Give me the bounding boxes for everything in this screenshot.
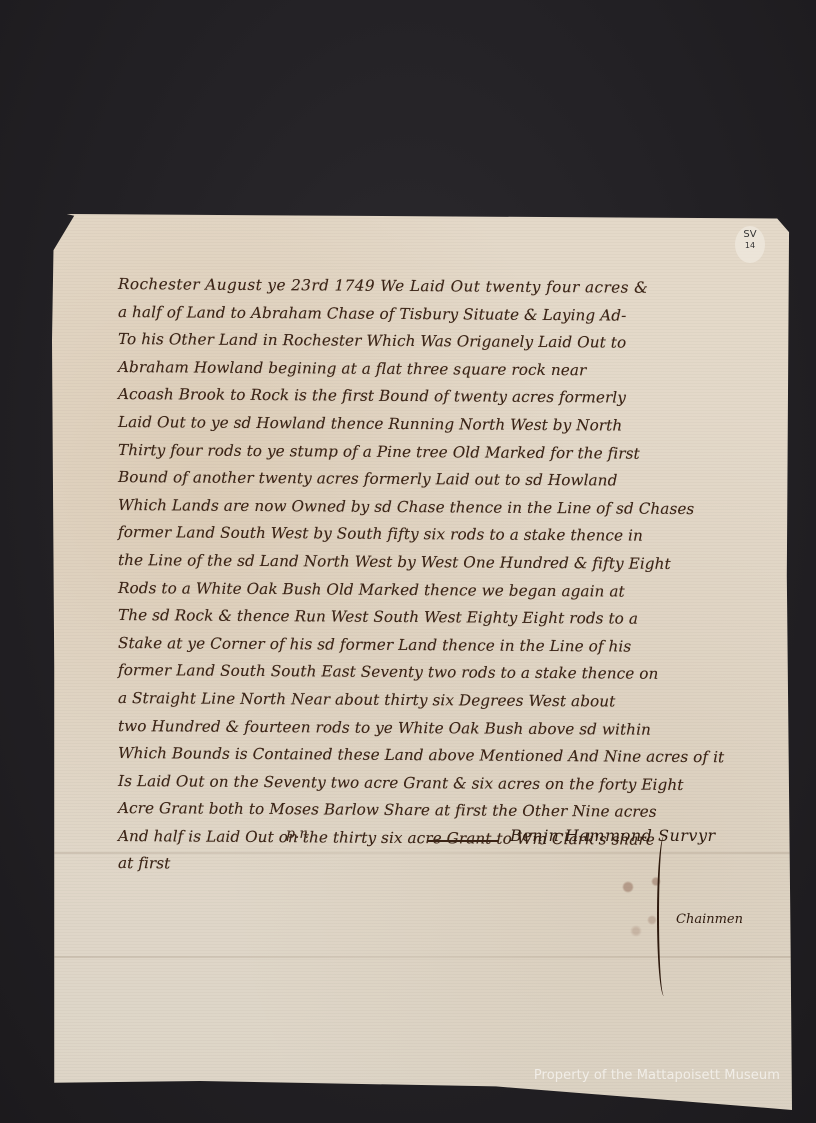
manuscript-line: the Line of the sd Land North West by We…: [118, 547, 798, 579]
manuscript-line: Bound of another twenty acres formerly L…: [118, 464, 798, 496]
signature-dash: [428, 840, 498, 842]
marginal-mark: p.r.: [286, 826, 309, 842]
manuscript-line: Which Bounds is Contained these Land abo…: [118, 740, 798, 772]
ink-blots: [612, 854, 692, 964]
manuscript-line: Laid Out to ye sd Howland thence Running…: [118, 409, 798, 441]
signature-row: p.r. Benjn Hammond Survyr: [118, 826, 798, 856]
surveyor-signature: Benjn Hammond Survyr: [510, 826, 716, 845]
manuscript-line: a Straight Line North Near about thirty …: [118, 685, 798, 717]
museum-watermark: Property of the Mattapoisett Museum: [534, 1068, 780, 1083]
archive-stamp-code: SV: [735, 229, 765, 240]
manuscript-line: Rochester August ye 23rd 1749 We Laid Ou…: [118, 271, 798, 303]
manuscript-text: Rochester August ye 23rd 1749 We Laid Ou…: [118, 271, 798, 878]
chainmen-label: Chainmen: [676, 912, 743, 927]
archive-stamp-number: 14: [735, 240, 765, 251]
archive-stamp: SV 14: [735, 226, 765, 263]
manuscript-page: SV 14 Rochester August ye 23rd 1749 We L…: [52, 214, 792, 1119]
chainmen-bracket: [657, 836, 671, 996]
manuscript-line: The sd Rock & thence Run West South West…: [118, 602, 798, 634]
manuscript-line: To his Other Land in Rochester Which Was…: [118, 326, 798, 358]
